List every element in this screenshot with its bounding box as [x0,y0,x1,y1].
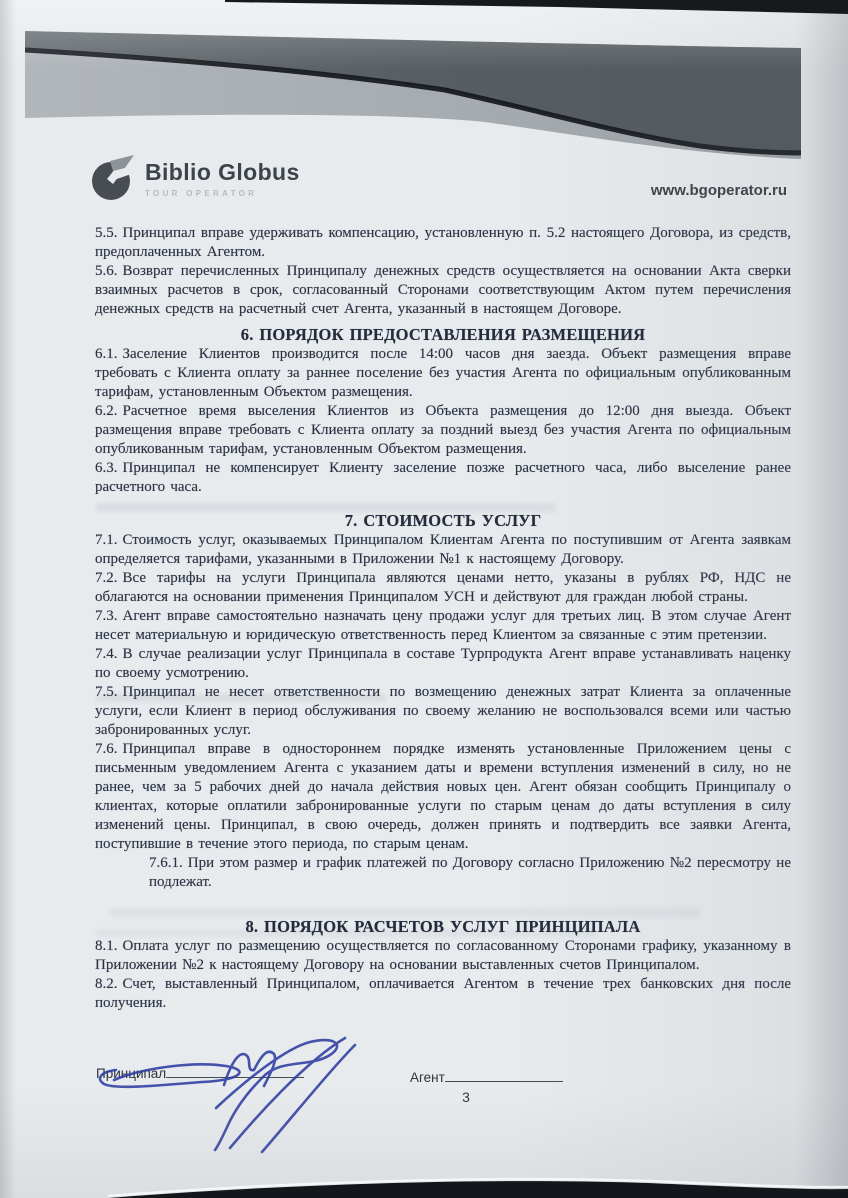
clause-7-3: 7.3.Агент вправе самостоятельно назначат… [95,607,791,645]
clause-text: В случае реализации услуг Принципала в с… [95,646,791,681]
clause-text: Расчетное время выселения Клиентов из Об… [95,403,791,457]
clause-number: 5.5. [95,225,118,241]
agent-signature-field: Агент [410,1069,563,1085]
clause-number: 7.6.1. [149,855,183,871]
clause-number: 7.1. [95,532,118,548]
section-heading-7: 7. СТОИМОСТЬ УСЛУГ [95,510,791,531]
clause-7-6: 7.6.Принципал вправе в одностороннем пор… [95,740,791,854]
clause-text: Принципал не компенсирует Клиенту заселе… [95,460,791,495]
clause-text: Принципал вправе удерживать компенсацию,… [95,225,791,260]
clause-number: 6.1. [95,346,118,362]
agent-signature-line [445,1069,563,1082]
clause-text: Принципал вправе в одностороннем порядке… [95,741,791,852]
clause-6-2: 6.2.Расчетное время выселения Клиентов и… [95,402,791,459]
clause-number: 7.6. [95,741,118,757]
contract-text: 5.5.Принципал вправе удерживать компенса… [0,0,848,1013]
clause-7-1: 7.1.Стоимость услуг, оказываемых Принцип… [95,531,791,569]
section-heading-6: 6. ПОРЯДОК ПРЕДОСТАВЛЕНИЯ РАЗМЕЩЕНИЯ [95,324,791,345]
clause-number: 7.5. [95,684,118,700]
clause-number: 5.6. [95,263,118,279]
section-heading-8: 8. ПОРЯДОК РАСЧЕТОВ УСЛУГ ПРИНЦИПАЛА [95,916,791,937]
clause-number: 7.2. [95,570,118,586]
clause-7-2: 7.2.Все тарифы на услуги Принципала явля… [95,569,791,607]
clause-text: При этом размер и график платежей по Дог… [149,855,791,890]
page-number: 3 [408,1089,524,1105]
clause-text: Возврат перечисленных Принципалу денежны… [95,263,791,317]
clause-number: 8.1. [95,938,118,954]
clause-text: Оплата услуг по размещению осуществляетс… [95,938,791,973]
clause-text: Стоимость услуг, оказываемых Принципалом… [95,532,791,567]
clause-7-4: 7.4.В случае реализации услуг Принципала… [95,645,791,683]
clause-number: 7.4. [95,646,118,662]
clause-7-5: 7.5.Принципал не несет ответственности п… [95,683,791,740]
clause-number: 7.3. [95,608,118,624]
clause-6-1: 6.1.Заселение Клиентов производится посл… [95,345,791,402]
clause-text: Агент вправе самостоятельно назначать це… [95,608,791,643]
clause-5-5: 5.5.Принципал вправе удерживать компенса… [95,224,791,262]
clause-7-6-1: 7.6.1.При этом размер и график платежей … [149,854,791,892]
clause-6-3: 6.3.Принципал не компенсирует Клиенту за… [95,459,791,497]
clause-text: Принципал не несет ответственности по во… [95,684,791,738]
clause-number: 6.2. [95,403,118,419]
clause-number: 6.3. [95,460,118,476]
clause-8-1: 8.1.Оплата услуг по размещению осуществл… [95,937,791,975]
agent-label: Агент [410,1070,445,1085]
clause-text: Все тарифы на услуги Принципала являются… [95,570,791,605]
clause-5-6: 5.6.Возврат перечисленных Принципалу ден… [95,262,791,319]
clause-text: Заселение Клиентов производится после 14… [95,346,791,400]
contract-page-photo: Biblio Globus TOUR OPERATOR www.bgoperat… [0,0,848,1198]
signature-ink [98,988,390,1163]
